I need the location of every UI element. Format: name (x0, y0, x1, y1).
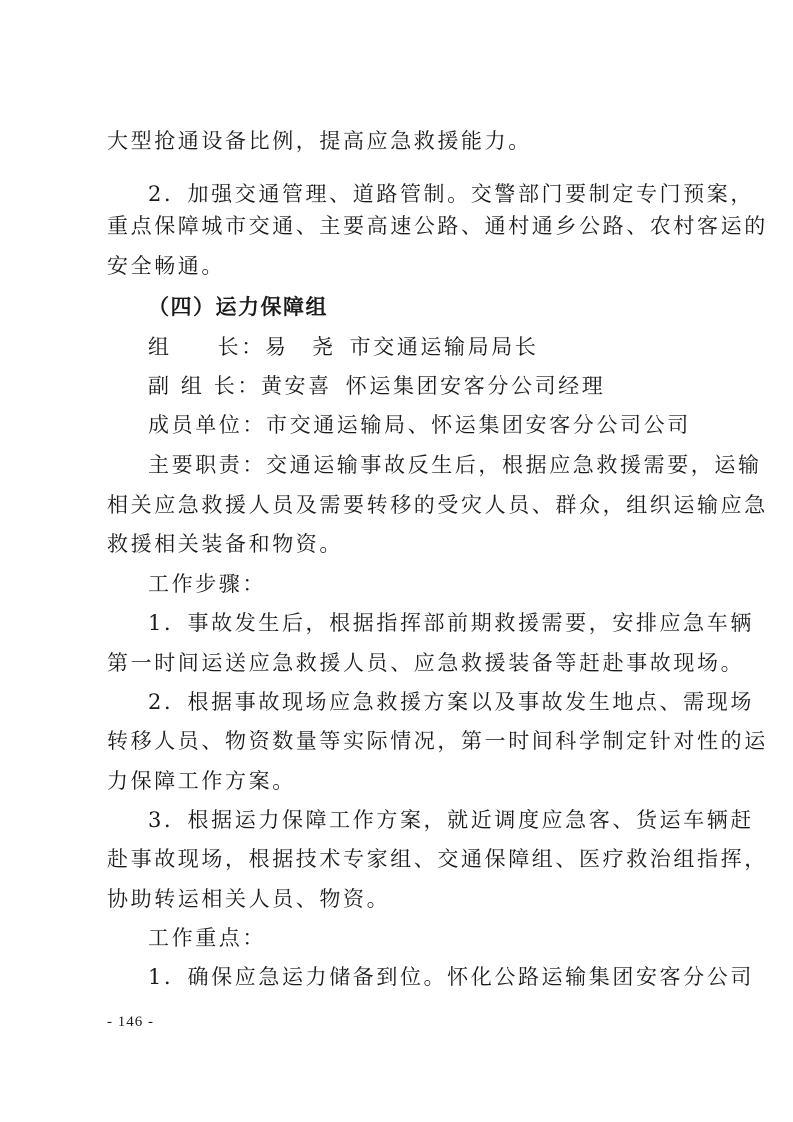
leader-line: 组长：易 尧市交通运输局局长 (148, 333, 738, 361)
paragraph-line: 力保障工作方案。 (107, 767, 697, 795)
paragraph-line: 第一时间运送应急救援人员、应急救援装备等赶赴事故现场。 (107, 649, 697, 677)
deputy-title: 怀运集团安客分公司经理 (346, 374, 606, 398)
paragraph-line: 1．确保应急运力储备到位。怀化公路运输集团安客分公司 (148, 963, 738, 991)
deputy-name: 黄安喜 (261, 374, 332, 398)
paragraph-line: 赴事故现场，根据技术专家组、交通保障组、医疗救治组指挥， (107, 845, 697, 873)
paragraph-line: 大型抢通设备比例，提高应急救援能力。 (107, 127, 697, 155)
document-page: 大型抢通设备比例，提高应急救援能力。 2．加强交通管理、道路管制。交警部门要制定… (0, 0, 793, 1122)
paragraph-line: 救援相关装备和物资。 (107, 530, 697, 558)
leader-name: 易 尧 (265, 335, 336, 359)
leader-label-b: 长： (218, 335, 265, 359)
focus-heading: 工作重点： (148, 924, 738, 952)
page-number: - 146 - (107, 1012, 154, 1032)
paragraph-line: 主要职责：交通运输事故反生后，根据应急救援需要，运输 (148, 451, 738, 479)
section-heading: （四）运力保障组 (148, 293, 738, 321)
paragraph-line: 协助转运相关人员、物资。 (107, 885, 697, 913)
paragraph-line: 3．根据运力保障工作方案，就近调度应急客、货运车辆赶 (148, 806, 738, 834)
paragraph-line: 安全畅通。 (107, 252, 697, 280)
deputy-line: 副 组 长：黄安喜怀运集团安客分公司经理 (148, 372, 738, 400)
paragraph-line: 1．事故发生后，根据指挥部前期救援需要，安排应急车辆 (148, 609, 738, 637)
members-line: 成员单位：市交通运输局、怀运集团安客分公司公司 (148, 411, 738, 439)
deputy-label: 副 组 长： (148, 374, 261, 398)
paragraph-line: 转移人员、物资数量等实际情况，第一时间科学制定针对性的运 (107, 727, 697, 755)
leader-title: 市交通运输局局长 (350, 335, 539, 359)
paragraph-line: 2．加强交通管理、道路管制。交警部门要制定专门预案， (148, 180, 738, 208)
steps-heading: 工作步骤： (148, 570, 738, 598)
paragraph-line: 2．根据事故现场应急救援方案以及事故发生地点、需现场 (148, 688, 738, 716)
paragraph-line: 重点保障城市交通、主要高速公路、通村通乡公路、农村客运的 (107, 212, 697, 240)
leader-label-a: 组 (148, 335, 172, 359)
paragraph-line: 相关应急救援人员及需要转移的受灾人员、群众，组织运输应急 (107, 491, 697, 519)
